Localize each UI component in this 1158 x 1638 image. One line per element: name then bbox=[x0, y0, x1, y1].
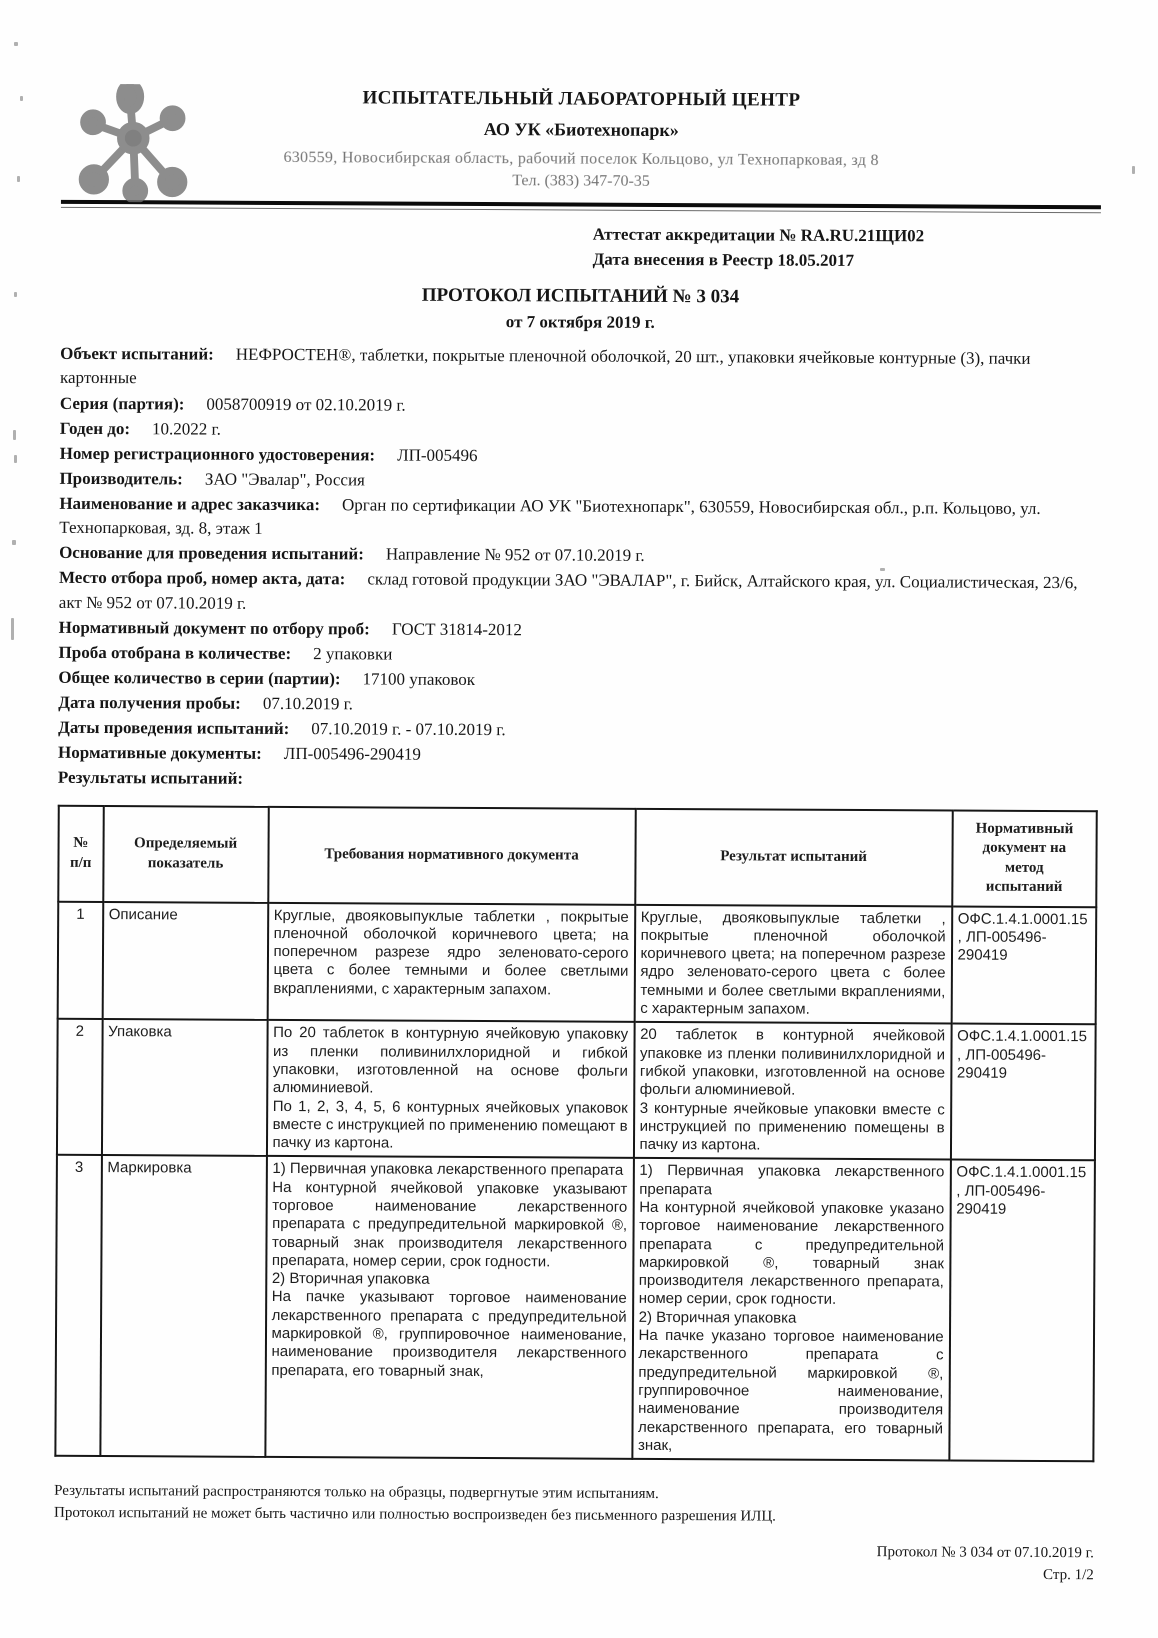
field-label: Место отбора проб, номер акта, дата: bbox=[59, 568, 345, 588]
field-value: ГОСТ 31814-2012 bbox=[392, 619, 522, 639]
results-table: № п/п Определяемый показатель Требования… bbox=[54, 804, 1097, 1462]
scan-artifact bbox=[20, 96, 23, 101]
cell-requirement: По 20 таблеток в контурную ячейковую упа… bbox=[266, 1020, 634, 1158]
scan-artifact bbox=[12, 540, 16, 545]
field-value: 07.10.2019 г. - 07.10.2019 г. bbox=[311, 719, 505, 739]
cell-result: 20 таблеток в контурной ячейковой упаков… bbox=[633, 1022, 951, 1160]
cell-method-doc: ОФС.1.4.1.0001.15, ЛП-005496-290419 bbox=[951, 906, 1096, 1025]
field-label: Серия (партия): bbox=[60, 393, 185, 413]
field-label: Дата получения пробы: bbox=[58, 693, 241, 713]
footer-reference: Протокол № 3 034 от 07.10.2019 г. Стр. 1… bbox=[54, 1536, 1094, 1586]
field-label: Основание для проведения испытаний: bbox=[59, 543, 364, 564]
field-value: 17100 упаковок bbox=[363, 669, 476, 689]
col-header-num: № п/п bbox=[58, 805, 103, 901]
table-row: 2 Упаковка По 20 таблеток в контурную яч… bbox=[57, 1019, 1096, 1161]
scan-artifact bbox=[1132, 166, 1135, 174]
cell-indicator: Упаковка bbox=[101, 1019, 267, 1156]
org-address: 630559, Новосибирская область, рабочий п… bbox=[61, 148, 1101, 171]
scan-artifact bbox=[14, 42, 18, 46]
field-label: Даты проведения испытаний: bbox=[58, 718, 289, 738]
field-customer: Наименование и адрес заказчика:Орган по … bbox=[59, 492, 1099, 546]
cell-method-doc: ОФС.1.4.1.0001.15, ЛП-005496-290419 bbox=[950, 1024, 1095, 1161]
cell-num: 3 bbox=[55, 1155, 101, 1456]
protocol-date: от 7 октября 2019 г. bbox=[60, 310, 1100, 335]
protocol-title: ПРОТОКОЛ ИСПЫТАНИЙ № 3 034 bbox=[60, 283, 1100, 310]
accreditation-registry-date: Дата внесения в Реестр 18.05.2017 bbox=[593, 247, 1101, 274]
field-object: Объект испытаний:НЕФРОСТЕН®, таблетки, п… bbox=[60, 342, 1100, 396]
field-value: 0058700919 от 02.10.2019 г. bbox=[206, 394, 405, 414]
field-value: ЛП-005496 bbox=[397, 445, 478, 464]
letterhead: ИСПЫТАТЕЛЬНЫЙ ЛАБОРАТОРНЫЙ ЦЕНТР АО УК «… bbox=[61, 0, 1102, 213]
field-label: Проба отобрана в количестве: bbox=[59, 643, 292, 663]
field-label: Объект испытаний: bbox=[60, 344, 214, 364]
field-label: Наименование и адрес заказчика: bbox=[59, 494, 320, 514]
scan-artifact bbox=[17, 176, 20, 182]
footer-note-2: Протокол испытаний не может быть частичн… bbox=[54, 1503, 1094, 1530]
cell-indicator: Маркировка bbox=[100, 1155, 267, 1457]
table-row: 3 Маркировка 1) Первичная упаковка лекар… bbox=[55, 1155, 1095, 1461]
field-label: Нормативный документ по отбору проб: bbox=[59, 617, 370, 638]
field-value: Направление № 952 от 07.10.2019 г. bbox=[386, 545, 645, 565]
col-header-method-doc: Нормативный документ на метод испытаний bbox=[952, 810, 1097, 907]
field-label: Общее количество в серии (партии): bbox=[58, 668, 340, 688]
protocol-fields: Объект испытаний:НЕФРОСТЕН®, таблетки, п… bbox=[58, 342, 1100, 796]
field-value: ЗАО "Эвалар", Россия bbox=[205, 469, 365, 489]
header-divider bbox=[61, 200, 1101, 213]
scan-artifact bbox=[13, 430, 16, 440]
footer-notes: Результаты испытаний распространяются то… bbox=[54, 1481, 1094, 1530]
col-header-indicator: Определяемый показатель bbox=[103, 806, 269, 903]
accreditation-attestat: Аттестат аккредитации № RA.RU.21ЩИ02 bbox=[593, 223, 1101, 250]
cell-num: 1 bbox=[58, 901, 103, 1019]
table-row: 1 Описание Круглые, двояковыпуклые табле… bbox=[58, 901, 1097, 1024]
field-value: 07.10.2019 г. bbox=[263, 694, 353, 713]
col-header-result: Результат испытаний bbox=[635, 808, 953, 906]
field-sampling-place: Место отбора проб, номер акта, дата:скла… bbox=[59, 566, 1099, 620]
cell-result: Круглые, двояковыпуклые таблетки , покры… bbox=[634, 904, 952, 1023]
cell-result: 1) Первичная упаковка лекарственного пре… bbox=[632, 1158, 951, 1460]
cell-num: 2 bbox=[57, 1019, 102, 1155]
accreditation-block: Аттестат аккредитации № RA.RU.21ЩИ02 Дат… bbox=[593, 223, 1101, 275]
field-value: ЛП-005496-290419 bbox=[284, 744, 421, 764]
scanned-document-page: ИСПЫТАТЕЛЬНЫЙ ЛАБОРАТОРНЫЙ ЦЕНТР АО УК «… bbox=[0, 0, 1158, 1638]
scan-artifact bbox=[14, 455, 17, 463]
col-header-requirement: Требования нормативного документа bbox=[268, 806, 635, 904]
field-label: Годен до: bbox=[60, 418, 130, 437]
field-value: 2 упаковки bbox=[313, 644, 392, 663]
cell-requirement: 1) Первичная упаковка лекарственного пре… bbox=[265, 1156, 634, 1459]
cell-method-doc: ОФС.1.4.1.0001.15, ЛП-005496-290419 bbox=[949, 1160, 1095, 1462]
org-name: ИСПЫТАТЕЛЬНЫЙ ЛАБОРАТОРНЫЙ ЦЕНТР bbox=[61, 86, 1101, 113]
cell-indicator: Описание bbox=[102, 902, 268, 1021]
field-label: Нормативные документы: bbox=[58, 743, 262, 763]
results-section-label: Результаты испытаний: bbox=[58, 766, 1098, 796]
cell-requirement: Круглые, двояковыпуклые таблетки , покры… bbox=[267, 902, 635, 1022]
table-header-row: № п/п Определяемый показатель Требования… bbox=[58, 805, 1096, 906]
field-label: Производитель: bbox=[59, 469, 182, 489]
field-value: 10.2022 г. bbox=[152, 419, 221, 438]
org-phone: Тел. (383) 347-70-35 bbox=[61, 170, 1101, 193]
scan-artifact bbox=[11, 618, 14, 640]
field-label: Номер регистрационного удостоверения: bbox=[60, 444, 376, 465]
org-subname: АО УК «Биотехнопарк» bbox=[61, 117, 1101, 143]
scan-artifact bbox=[14, 292, 17, 297]
